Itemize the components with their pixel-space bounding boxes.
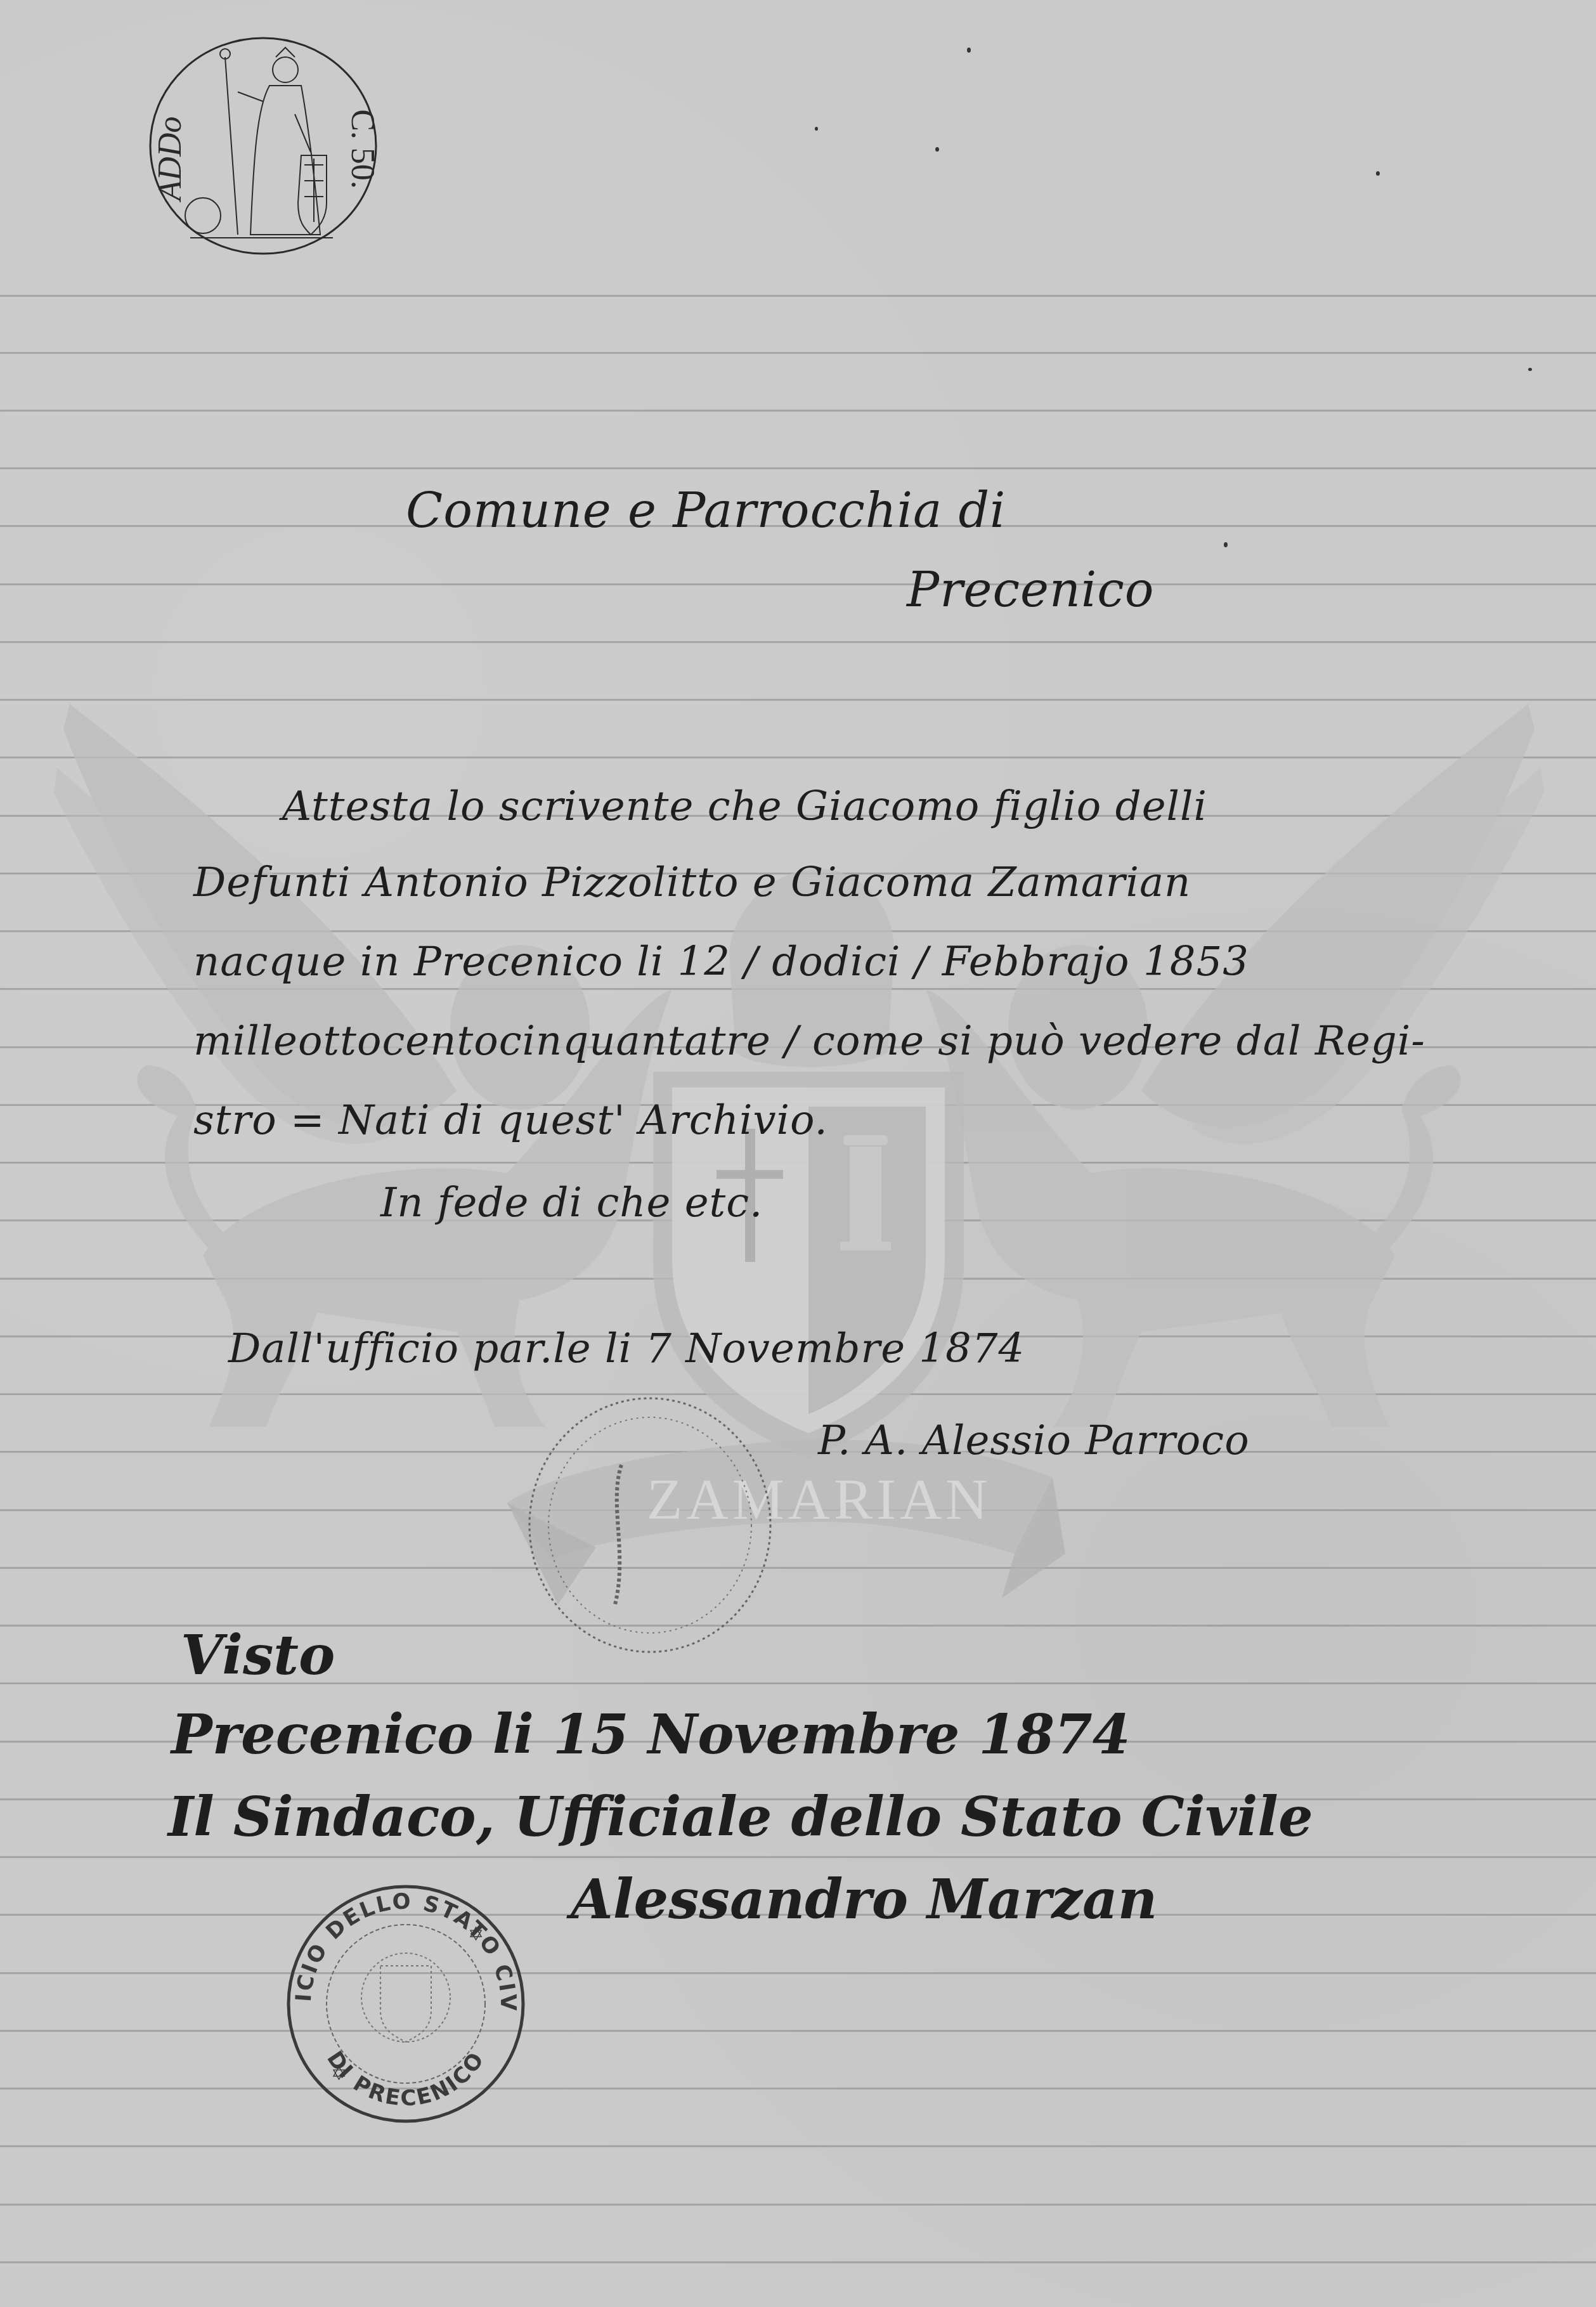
- mayor-signature: Alessandro Marzan: [571, 1868, 1157, 1932]
- ruled-line: [0, 2088, 1596, 2089]
- paper-speck: [967, 48, 971, 53]
- closing-formula: In fede di che etc.: [380, 1179, 763, 1226]
- paper-speck: [1224, 542, 1228, 547]
- ruled-line: [0, 1393, 1596, 1395]
- paper-speck: [815, 127, 818, 131]
- ruled-line: [0, 988, 1596, 990]
- revenue-stamp: ADDo C. 50.: [143, 32, 384, 260]
- ruled-line: [0, 1278, 1596, 1280]
- ruled-line: [0, 2145, 1596, 2147]
- ruled-line: [0, 699, 1596, 701]
- ruled-line: [0, 1219, 1596, 1221]
- ruled-line: [0, 2261, 1596, 2263]
- ruled-line: [0, 1972, 1596, 1974]
- ruled-line: [0, 1856, 1596, 1858]
- ruled-line: [0, 1509, 1596, 1511]
- parish-stamp: [507, 1389, 793, 1661]
- ruled-line: [0, 2204, 1596, 2206]
- ruled-line: [0, 352, 1596, 354]
- ruled-line: [0, 2030, 1596, 2032]
- visto-label: Visto: [181, 1623, 335, 1687]
- body-line-2: Defunti Antonio Pizzolitto e Giacoma Zam…: [193, 859, 1191, 906]
- header-place: Precenico: [907, 561, 1155, 618]
- civil-stamp-bottom-text: DI PRECENICO: [321, 2046, 490, 2111]
- star-icon: ✡: [331, 2063, 347, 2085]
- ruled-line: [0, 1567, 1596, 1569]
- italia-figure-icon: [185, 48, 333, 238]
- body-line-5: stro = Nati di quest' Archivio.: [193, 1097, 828, 1144]
- paper-speck: [1376, 171, 1380, 176]
- visto-place-date: Precenico li 15 Novembre 1874: [171, 1703, 1131, 1767]
- stamp-left-text: ADDo: [152, 117, 188, 203]
- body-line-1: Attesta lo scrivente che Giacomo figlio …: [282, 783, 1207, 830]
- ruled-line: [0, 1451, 1596, 1453]
- ruled-line: [0, 410, 1596, 412]
- ruled-line: [0, 467, 1596, 469]
- svg-text:DI PRECENICO: DI PRECENICO: [321, 2046, 490, 2111]
- ruled-line: [0, 930, 1596, 932]
- coat-of-arms-emblem-icon: [361, 1953, 450, 2042]
- ruled-line: [0, 1162, 1596, 1164]
- star-icon: ✡: [468, 1923, 484, 1946]
- mayor-title: Il Sindaco, Ufficiale dello Stato Civile: [168, 1785, 1313, 1849]
- stamp-value-text: C. 50.: [344, 109, 380, 189]
- ruled-line: [0, 641, 1596, 643]
- ruled-line: [0, 757, 1596, 758]
- ruled-line: [0, 295, 1596, 297]
- ruled-line: [0, 583, 1596, 585]
- paper-speck: [935, 147, 939, 152]
- parish-priest-signature: P. A. Alessio Parroco: [818, 1417, 1250, 1464]
- paper-speck: [1528, 368, 1532, 371]
- issuance-place-date: Dall'ufficio par.le li 7 Novembre 1874: [228, 1325, 1025, 1372]
- civil-registry-stamp: UFFICIO DELLO STATO CIVILE DI PRECENICO …: [273, 1871, 539, 2137]
- body-line-3: nacque in Precenico li 12 / dodici / Feb…: [193, 939, 1249, 985]
- document-paper: [0, 0, 1596, 2307]
- body-line-4: milleottocentocinquantatre / come si può…: [193, 1018, 1425, 1065]
- header-line-1: Comune e Parrocchia di: [406, 482, 1006, 538]
